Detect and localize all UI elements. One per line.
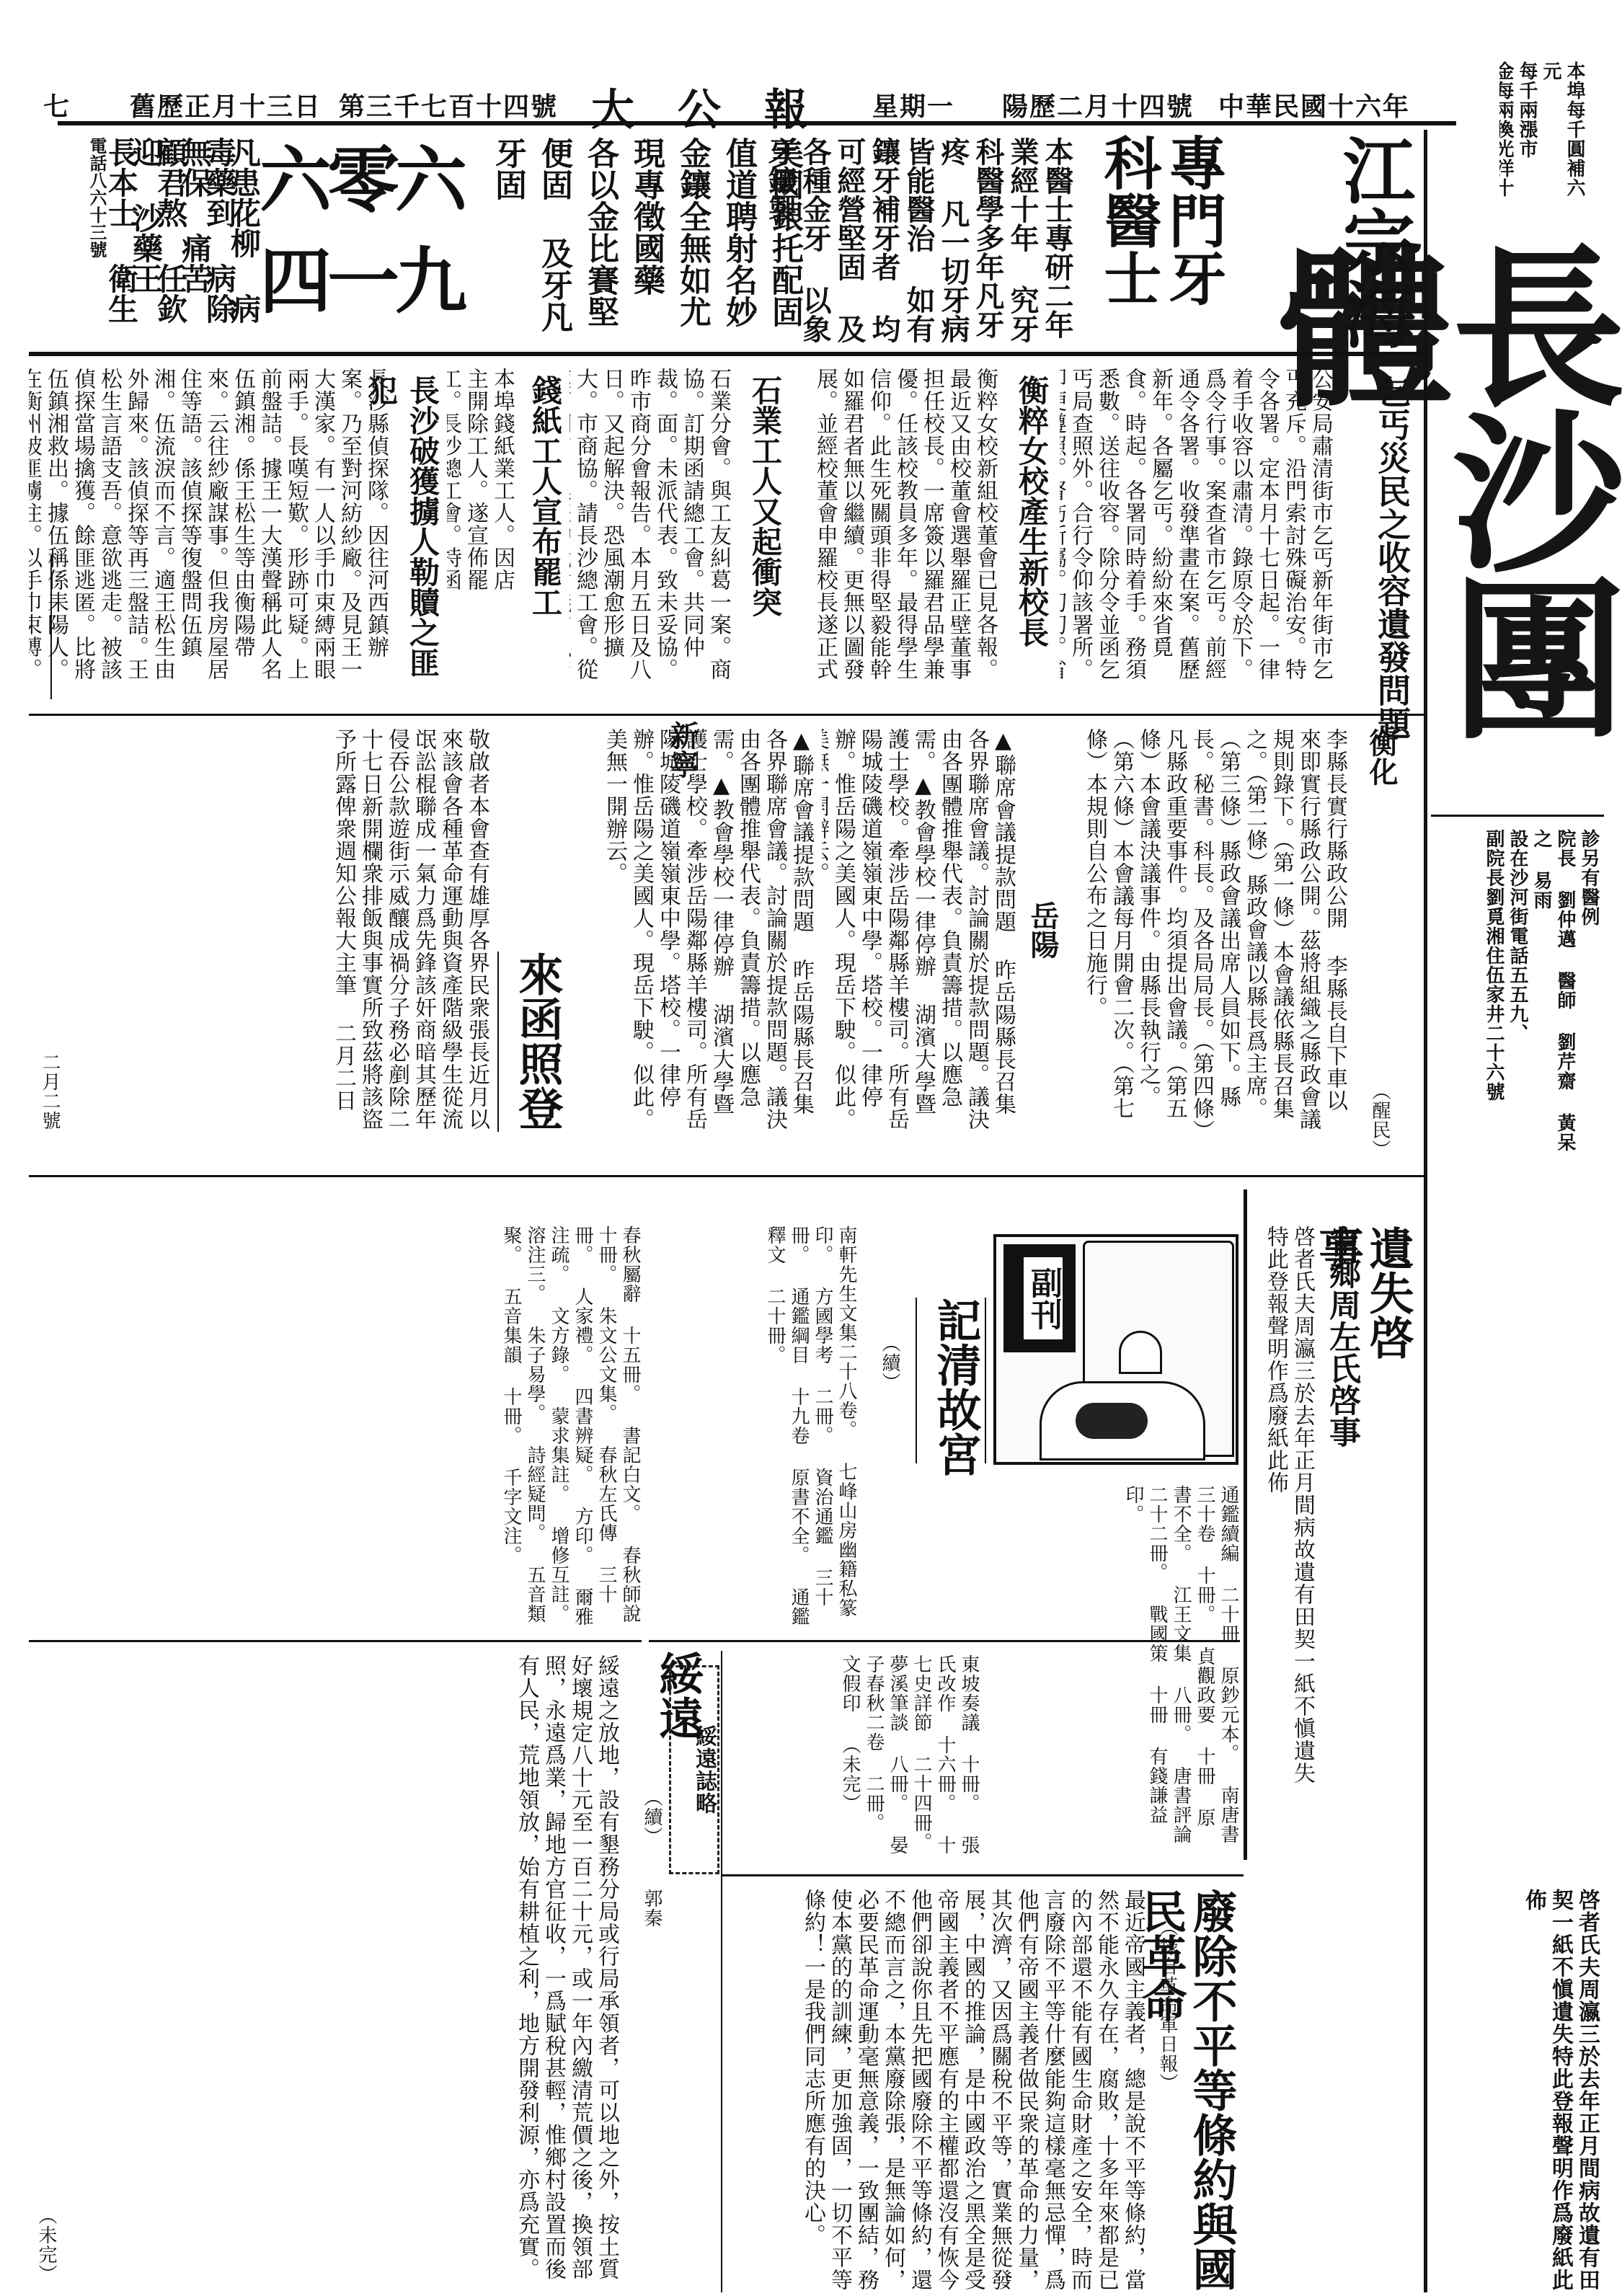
price-notice: 本埠每千圓補六元 每千兩漲市 金每兩換光洋十元 <box>1499 61 1586 198</box>
masthead-bottom-notice: 啓者氏夫周瀛三於去年正月間病故遺有田契一紙不愼遺失特此登報聲明作爲廢紙此佈 <box>1435 1889 1600 2292</box>
palace-end-mark: （未完） <box>839 1735 861 1813</box>
palace-booklist-b: 通鑑續編 二十冊 原鈔元本。 南唐書三十卷 十冊。 貞觀政要 十冊 原書不全。 … <box>988 1485 1240 1845</box>
classics-rule <box>29 1640 642 1642</box>
dental-ad-specialty: 專門牙科醫士 <box>1081 133 1226 350</box>
pharmacy-ad: 凡患花柳 病毒藥到 病除無保 痛苦 顧君熬 任欽迎 沙藥王 長本士 衛生 電話八… <box>32 137 256 346</box>
palace-subtitle: （續） <box>865 1334 901 1420</box>
palace-title-right-rule <box>985 1298 986 1463</box>
issue-number: 第三千七百十四號 <box>339 87 558 123</box>
illustration-figure-head <box>1119 1331 1162 1374</box>
article-hengyang-body: 李縣長實行縣政公開 李縣長自下車以來即實行縣政公開。茲將組織之縣政會議規則錄下。… <box>1060 728 1348 1132</box>
fukan-illustration: 副刊 <box>993 1234 1238 1465</box>
article-stone-body: 石業分會。與工友糾葛一案。商協。訂期函請總工會。共同仲裁。面。未派代表。致未妥協… <box>570 368 732 699</box>
solar-date: 陽歷二月十四號 <box>1002 87 1194 123</box>
price-line: 每千兩漲市 <box>1516 61 1538 159</box>
kidnap-sidebar <box>50 555 108 699</box>
treaty-body: 最近帝國主義者，總是說不平等條約，當然不能永久存在，腐敗，十多年來都是已的內部還… <box>728 1889 1146 2292</box>
article-hengcui-body: 衡粹女校新組校董會已見各報。最近又由校董會選舉羅正壁董事担任校長。一席簽以羅君品… <box>811 368 998 699</box>
year: 中華民國十六年 <box>1218 87 1410 123</box>
article-letter-body: 敬啟者本會查有雄厚各界民衆張長近月以來該會各種革命運動與資產階級學生從流氓訟棍聯… <box>43 728 490 1132</box>
header-rule <box>58 121 1456 125</box>
article-xinning-title: 新寧 <box>663 721 699 807</box>
lunar-date: 舊歷正月十三日 <box>130 87 322 123</box>
weekday: 星期一 <box>872 87 954 123</box>
suiyuan-end-mark: （未完） <box>29 2206 58 2292</box>
clinic-notice: 診另有醫例 院長 劉仲邁 醫師 劉芹齋 黃呆之 易雨 設在沙河街電話五五九、 副… <box>1456 829 1600 1153</box>
article-yueyang-title: 岳陽 <box>1024 901 1060 1002</box>
suiyuan-divider <box>721 1651 722 2292</box>
store-ad-text: 美國銀托配固值道聘射名妙 金鑲全無如尤現專徵國藥 各以金比賽堅便固 及牙凡牙固 <box>404 137 807 346</box>
phone-ad-line2: 四一九 <box>260 238 404 339</box>
article-letter-date: 二月二號 <box>32 1052 61 1139</box>
phone-ad-line1: 六零六 <box>260 137 404 238</box>
treaty-source: （錄自革命軍日報） <box>1150 1918 1179 2206</box>
fukan-divider <box>1244 1189 1247 1860</box>
clinic-notice-title: 診另有醫例 <box>1578 829 1600 926</box>
palace-title: 記清故宮 <box>923 1298 980 1485</box>
ad-strip-rule <box>29 352 1424 356</box>
paper-name: 大公報 <box>591 76 851 138</box>
article-beggars-body: 公安局肅清街市乞丐新年街市乞丐充斥。沿門索討殊礙治安。特令各署。定本月十七日起。… <box>1060 368 1334 699</box>
article-papermoney-body: 本埠錢紙業工人。因店主開除工人。遂宣佈罷工。長沙總工會。特函請市商民協。迅速仲裁… <box>447 368 515 606</box>
lost-notice-title: 遺失啓事 <box>1355 1225 1413 1391</box>
classics-booklist: 春秋屬辭 十五冊。 書記白文。 春秋師說 十冊。 朱文公文集。 春秋左氏傳 三十… <box>29 1225 642 1629</box>
middle-row-rule <box>29 1175 1424 1177</box>
dental-ad-text: 本醫士專研二年業經十年 究牙科醫學多年凡牙疼 凡一切牙病皆能醫治 如有鑲牙補牙者… <box>815 137 1074 346</box>
lost-notice-body: 啓者氏夫周瀛三於去年正月間病故遺有田契一紙不愼遺失特此登報聲明作爲廢紙此佈 <box>1254 1225 1316 1802</box>
clinic-vice-dean: 副院長劉覓湘住伍家井二十六號 <box>1483 829 1504 1102</box>
upper-row-rule <box>29 714 1424 716</box>
price-line: 本埠每千圓補六元 <box>1540 61 1585 198</box>
suiyuan-body: 綏遠之放地，設有墾務分局或行局承領者，可以地之外，按土質好壞規定八十元至一百二十… <box>29 1654 620 2289</box>
clinic-address: 設在沙河街電話五五九、 <box>1507 829 1528 1043</box>
article-hengyang-title: 衡化 <box>1355 728 1399 872</box>
masthead-rule <box>1431 815 1604 817</box>
article-yueyang-body: ▲聯席會議提款問題 昨岳陽縣長召集各界聯席會議。討論關於提款問題。議決由各團體推… <box>822 728 1016 1132</box>
illustration-book <box>1076 1403 1148 1439</box>
suiyuan-sidebar-title: 綏遠誌略 <box>669 1665 719 1874</box>
masthead-title: 長沙團體 <box>1431 238 1611 807</box>
article-kidnap-title: 長沙破獲擄人勒贖之匪犯 <box>393 375 443 706</box>
article-hengyang-tag: （醒民） <box>1355 1081 1391 1168</box>
suiyuan-subtitle: （續） <box>627 1788 663 1874</box>
article-letter-title: 來函照登 <box>505 952 562 1139</box>
price-line: 金每兩換光洋十元 <box>1499 61 1514 198</box>
pharmacy-phone: 電話八六十三號 <box>87 137 107 258</box>
dental-ad-name: 江宗海 <box>1226 133 1413 350</box>
palace-booklist-a: 南軒先生文集二十八卷。 七峰山房幽籍私篆印。 方國學考 二冊。 資治通鑑 三十冊… <box>649 1225 858 1629</box>
article-stone-title: 石業工人又起衝突 <box>735 375 786 706</box>
fukan-label: 副刊 <box>1021 1255 1065 1342</box>
article-papermoney-title: 錢紙工人宣布罷工 <box>515 375 566 706</box>
article-hengcui-title: 衡粹女校產生新校長 <box>1002 375 1052 706</box>
palace-title-left-rule <box>916 1298 917 1463</box>
suiyuan-author: 郭秦 <box>634 1889 663 1975</box>
lost-notice-lead: 甯鄉周左氏啓事 <box>1319 1225 1359 1463</box>
clinic-dean: 院長 劉仲邁 <box>1554 829 1576 949</box>
palace-rule <box>649 1640 1240 1642</box>
masthead-divider <box>1424 130 1427 2292</box>
treaty-top-rule <box>721 1874 1244 1876</box>
treaty-title: 廢除不平等條約與國民革命 <box>1182 1889 1236 2292</box>
letter-divider <box>497 952 499 1132</box>
page-number: 七 <box>43 87 71 123</box>
